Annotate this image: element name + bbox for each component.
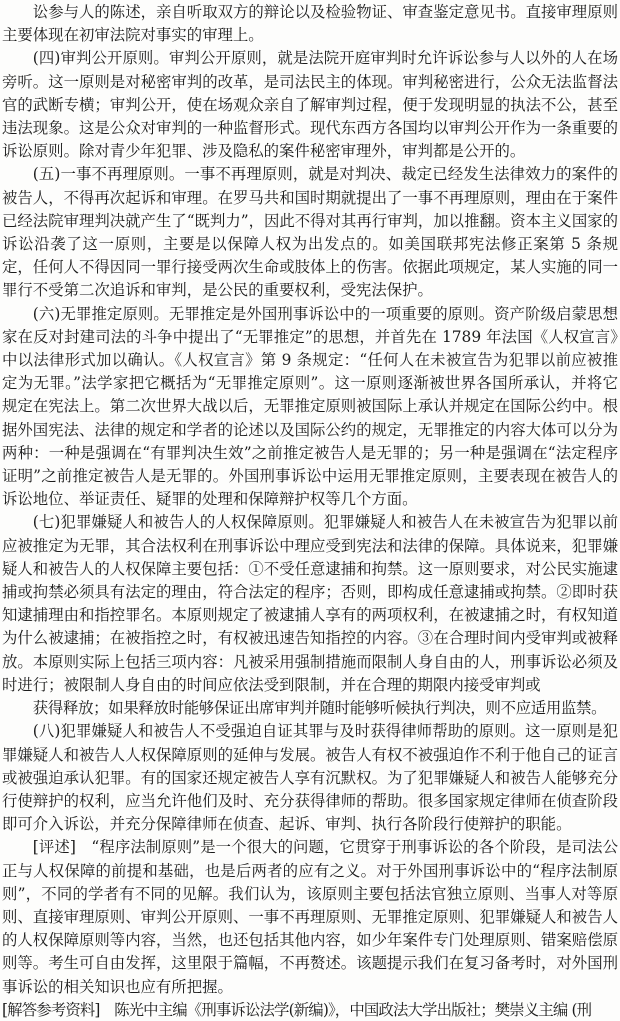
paragraph-principle-presumption-of-innocence: (六)无罪推定原则。无罪推定是外国刑事诉讼中的一项重要的原则。资产阶级启蒙思想家… bbox=[2, 303, 618, 512]
paragraph-human-rights-protection-continuation: 获得释放；如果释放时能够保证出席审判并随时能够听候执行判决，则不应适用监禁。 bbox=[2, 697, 618, 720]
paragraph-direct-trial-continuation: 讼参与人的陈述，亲自听取双方的辩论以及检验物证、审查鉴定意见书。直接审理原则主要… bbox=[2, 1, 618, 47]
paragraph-principle-open-trial: (四)审判公开原则。审判公开原则，就是法院开庭审判时允许诉讼参与人以外的人在场旁… bbox=[2, 47, 618, 163]
paragraph-reference-materials: [解答参考资料] 陈光中主编《刑事诉讼法学(新编)》，中国政法大学出版社；樊崇义… bbox=[2, 999, 618, 1021]
paragraph-principle-human-rights-protection: (七)犯罪嫌疑人和被告人的人权保障原则。犯罪嫌疑人和被告人在未被宣告为犯罪以前应… bbox=[2, 511, 618, 697]
paragraph-principle-no-forced-self-incrimination: (八)犯罪嫌疑人和被告人不受强迫自证其罪与及时获得律师帮助的原则。这一原则是犯罪… bbox=[2, 720, 618, 836]
paragraph-principle-ne-bis-in-idem: (五)一事不再理原则。一事不再理原则，就是对判决、裁定已经发生法律效力的案件的被… bbox=[2, 163, 618, 302]
paragraph-commentary: [评述] “程序法制原则”是一个很大的问题，它贯穿于刑事诉讼的各个阶段，是司法公… bbox=[2, 836, 618, 998]
scanned-textbook-page: 讼参与人的陈述，亲自听取双方的辩论以及检验物证、审查鉴定意见书。直接审理原则主要… bbox=[0, 0, 620, 1021]
